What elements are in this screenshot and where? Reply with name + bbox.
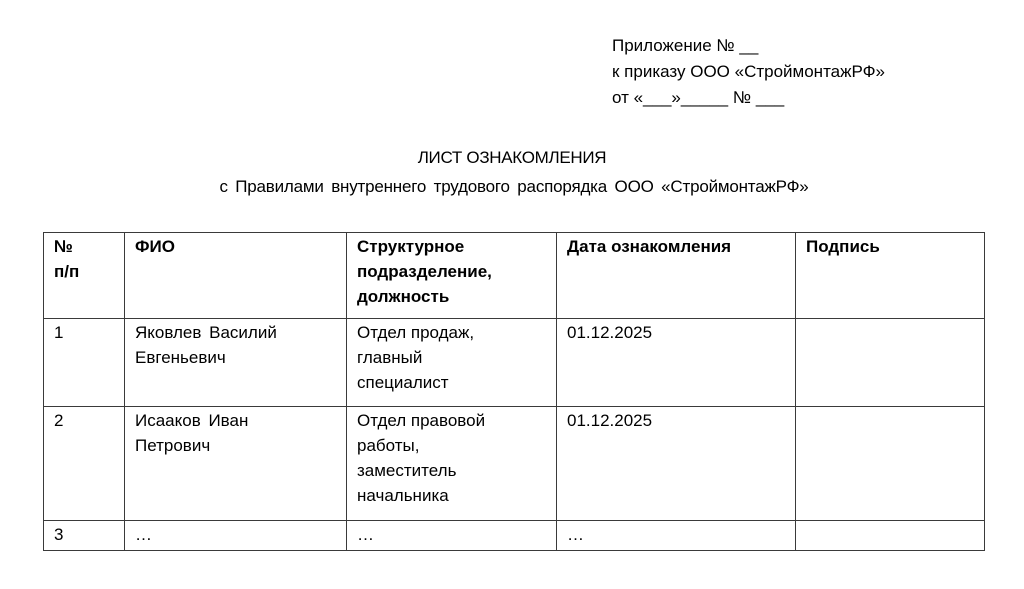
appendix-order-date: от «___»_____ № ___	[612, 85, 885, 111]
employee-department: Отдел продаж, главный специалист	[357, 320, 546, 395]
row-number: 2	[54, 408, 114, 433]
appendix-header: Приложение № __ к приказу ООО «Строймонт…	[612, 33, 885, 111]
cell-number: 1	[44, 319, 125, 407]
acknowledgement-date: 01.12.2025	[567, 408, 785, 433]
cell-date: …	[557, 521, 796, 551]
employee-name: Яковлев Василий Евгеньевич	[135, 320, 336, 370]
header-fio: ФИО	[125, 233, 347, 319]
cell-fio: Исааков Иван Петрович	[125, 407, 347, 521]
table-row: 2 Исааков Иван Петрович Отдел правовой р…	[44, 407, 985, 521]
document-subtitle-text: с Правилами внутреннего трудового распор…	[219, 177, 808, 197]
acknowledgement-date: 01.12.2025	[567, 320, 785, 345]
header-date: Дата ознакомления	[557, 233, 796, 319]
header-date-label: Дата ознакомления	[567, 234, 785, 259]
header-number: № п/п	[44, 233, 125, 319]
cell-date: 01.12.2025	[557, 319, 796, 407]
header-department-label: Структурное подразделение, должность	[357, 234, 546, 309]
document-subtitle: с Правилами внутреннего трудового распор…	[0, 177, 1024, 197]
acknowledgement-table: № п/п ФИО Структурное подразделение, дол…	[43, 232, 985, 551]
header-signature-label: Подпись	[806, 234, 974, 259]
cell-number: 2	[44, 407, 125, 521]
cell-department: Отдел продаж, главный специалист	[347, 319, 557, 407]
table-header-row: № п/п ФИО Структурное подразделение, дол…	[44, 233, 985, 319]
appendix-order-ref: к приказу ООО «СтроймонтажРФ»	[612, 59, 885, 85]
table-row: 3 … … …	[44, 521, 985, 551]
cell-signature	[796, 521, 985, 551]
document-title: ЛИСТ ОЗНАКОМЛЕНИЯ	[0, 148, 1024, 168]
header-department: Структурное подразделение, должность	[347, 233, 557, 319]
header-fio-label: ФИО	[135, 234, 336, 259]
cell-signature	[796, 407, 985, 521]
row-number: 3	[54, 522, 114, 547]
acknowledgement-date: …	[567, 522, 785, 547]
header-signature: Подпись	[796, 233, 985, 319]
appendix-number: Приложение № __	[612, 33, 885, 59]
employee-department: …	[357, 522, 546, 547]
employee-name: …	[135, 522, 336, 547]
cell-date: 01.12.2025	[557, 407, 796, 521]
cell-fio: Яковлев Василий Евгеньевич	[125, 319, 347, 407]
row-number: 1	[54, 320, 114, 345]
header-number-label: № п/п	[54, 234, 114, 284]
cell-department: Отдел правовой работы, заместитель начал…	[347, 407, 557, 521]
cell-department: …	[347, 521, 557, 551]
table-row: 1 Яковлев Василий Евгеньевич Отдел прода…	[44, 319, 985, 407]
employee-name: Исааков Иван Петрович	[135, 408, 336, 458]
cell-signature	[796, 319, 985, 407]
cell-fio: …	[125, 521, 347, 551]
employee-department: Отдел правовой работы, заместитель начал…	[357, 408, 546, 508]
cell-number: 3	[44, 521, 125, 551]
